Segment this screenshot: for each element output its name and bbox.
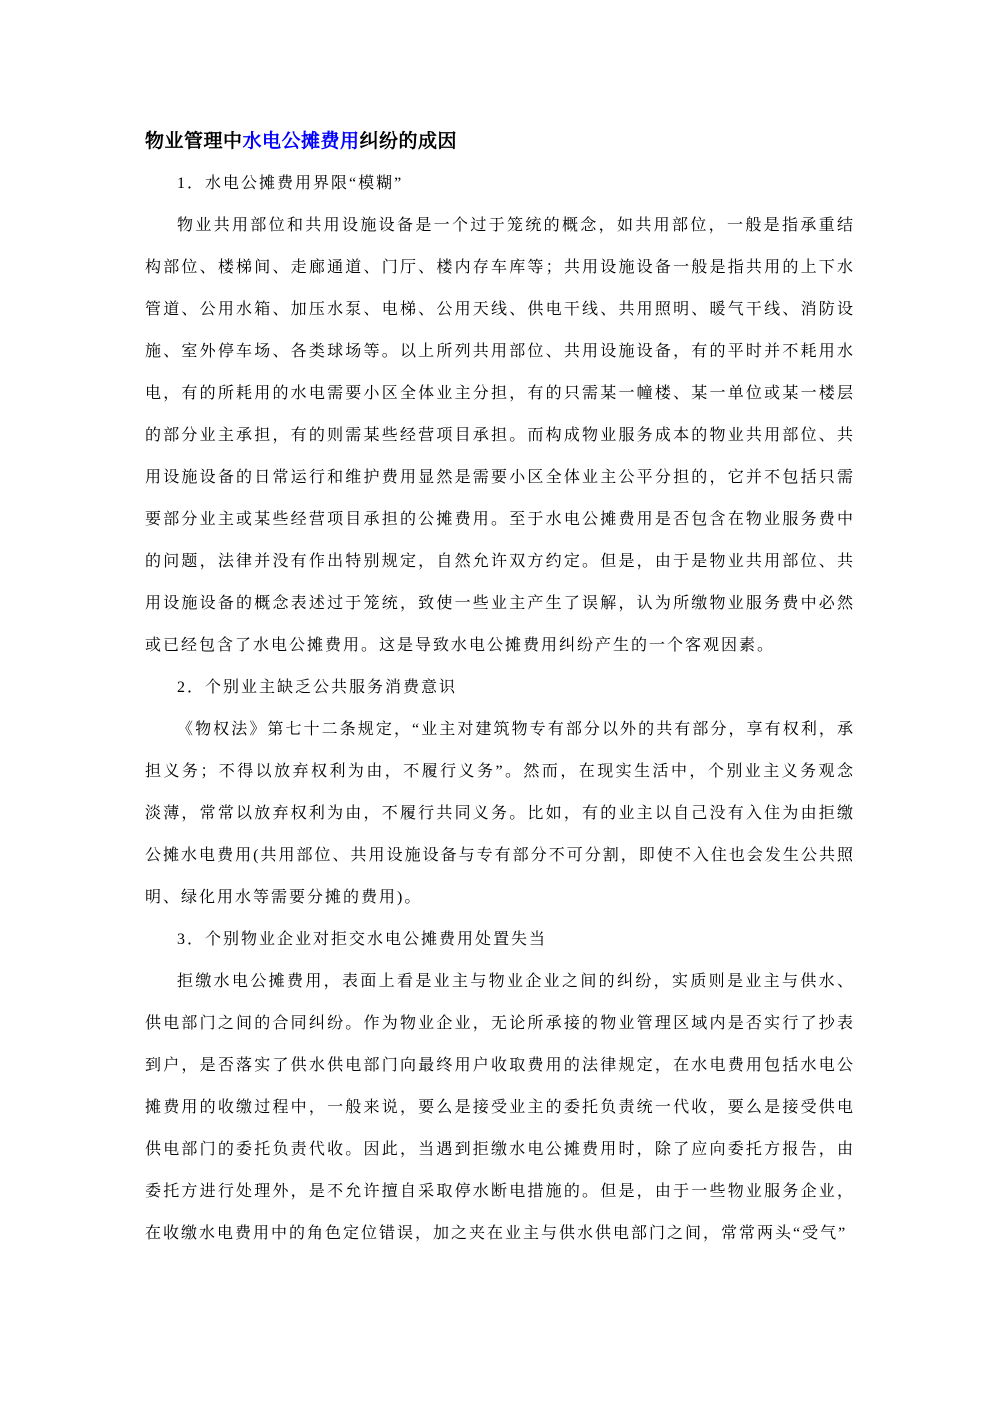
title-keyword-link[interactable]: 水电公摊费用	[243, 131, 360, 152]
section-2: 2．个别业主缺乏公共服务消费意识 《物权法》第七十二条规定，“业主对建筑物专有部…	[145, 667, 855, 919]
section-1: 1．水电公摊费用界限“模糊” 物业共用部位和共用设施设备是一个过于笼统的概念，如…	[145, 163, 855, 667]
document-page: 物业管理中水电公摊费用纠纷的成因 1．水电公摊费用界限“模糊” 物业共用部位和共…	[0, 0, 993, 1404]
section-1-heading: 1．水电公摊费用界限“模糊”	[145, 163, 855, 205]
section-3: 3．个别物业企业对拒交水电公摊费用处置失当 拒缴水电公摊费用，表面上看是业主与物…	[145, 919, 855, 1255]
title-text-prefix: 物业管理中	[145, 131, 243, 152]
section-2-paragraph: 《物权法》第七十二条规定，“业主对建筑物专有部分以外的共有部分，享有权利，承担义…	[145, 709, 855, 919]
section-1-paragraph: 物业共用部位和共用设施设备是一个过于笼统的概念，如共用部位，一般是指承重结构部位…	[145, 205, 855, 667]
document-title: 物业管理中水电公摊费用纠纷的成因	[145, 121, 855, 163]
section-3-paragraph: 拒缴水电公摊费用，表面上看是业主与物业企业之间的纠纷，实质则是业主与供水、供电部…	[145, 961, 855, 1255]
section-2-heading: 2．个别业主缺乏公共服务消费意识	[145, 667, 855, 709]
section-3-heading: 3．个别物业企业对拒交水电公摊费用处置失当	[145, 919, 855, 961]
title-text-suffix: 纠纷的成因	[360, 131, 458, 152]
